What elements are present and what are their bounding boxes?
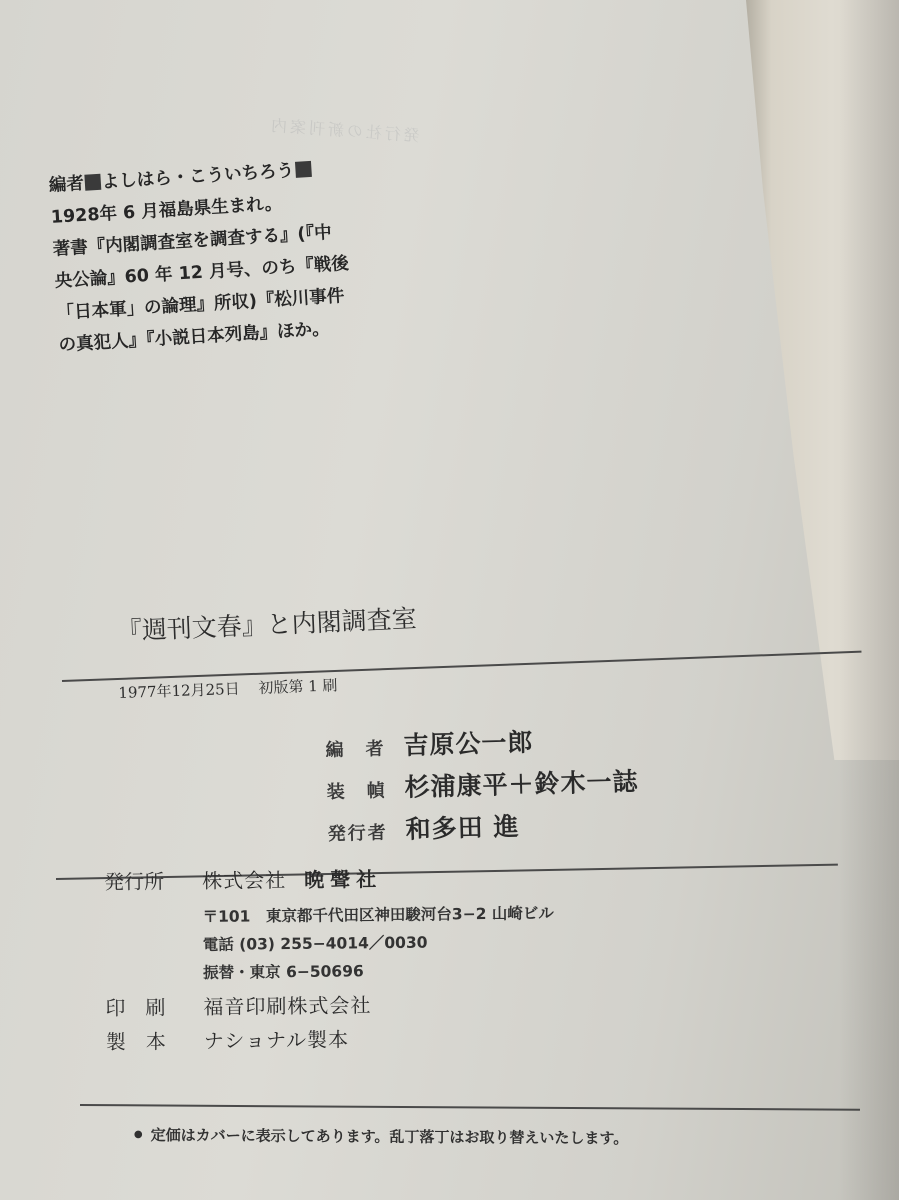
- credits-list: 編 者 吉原公一郎 装 幀 杉浦康平＋鈴木一誌 発行者 和多田 進: [325, 720, 640, 854]
- price-notice: ●定価はカバーに表示してあります。乱丁落丁はお取り替えいたします。: [134, 1124, 628, 1148]
- price-notice-text: 定価はカバーに表示してあります。乱丁落丁はお取り替えいたします。: [151, 1126, 629, 1147]
- credit-name: 和多田 進: [405, 807, 520, 846]
- page-shadow: [839, 0, 899, 1200]
- binder-name: ナショナル製本: [204, 1023, 349, 1054]
- credit-name: 杉浦康平＋鈴木一誌: [404, 762, 639, 804]
- publisher-block: 発行所 株式会社晩聲社 〒101 東京都千代田区神田駿河台3−2 山崎ビル 電話…: [104, 861, 555, 1060]
- credit-row-publisher-person: 発行者 和多田 進: [327, 804, 640, 854]
- square-bullet-icon: [294, 161, 311, 178]
- printer-name: 福音印刷株式会社: [203, 989, 371, 1020]
- edition-date: 1977年12月25日: [118, 680, 240, 702]
- binder-row: 製 本 ナショナル製本: [106, 1021, 556, 1060]
- square-bullet-icon: [84, 174, 101, 191]
- publisher-role: 発行所: [104, 865, 202, 895]
- publisher-company: 株式会社晩聲社: [202, 863, 382, 894]
- binder-role: 製 本: [106, 1025, 204, 1055]
- publisher-row: 発行所 株式会社晩聲社: [104, 861, 554, 904]
- bleed-through-text: 発行社の新刊案内: [267, 113, 420, 147]
- publisher-company-name: 晩聲社: [304, 867, 382, 892]
- publisher-company-prefix: 株式会社: [202, 868, 286, 893]
- book-title: 『週刊文春』と内閣調査室: [116, 599, 417, 648]
- credit-role: 装 幀: [326, 776, 405, 804]
- author-bio-role: 編者: [48, 174, 84, 196]
- printer-role: 印 刷: [105, 991, 203, 1021]
- colophon-page: 発行社の新刊案内 編者よしはら・こういちろう 1928年 6 月福島県生まれ。 …: [0, 0, 899, 1200]
- publisher-phone: 電話 (03) 255−4014／0030: [203, 927, 555, 959]
- divider-rule: [80, 1104, 860, 1111]
- printing-info: 印 刷 福音印刷株式会社 製 本 ナショナル製本: [105, 987, 555, 1060]
- author-bio: 編者よしはら・こういちろう 1928年 6 月福島県生まれ。 著書『内閣調査室を…: [48, 152, 354, 362]
- credit-name: 吉原公一郎: [403, 723, 534, 762]
- publisher-address: 〒101 東京都千代田区神田駿河台3−2 山崎ビル: [202, 899, 554, 931]
- divider-rule: [62, 651, 862, 682]
- credit-role: 編 者: [325, 734, 404, 762]
- publisher-transfer-account: 振替・東京 6−50696: [203, 955, 555, 987]
- credit-role: 発行者: [327, 818, 406, 846]
- bullet-icon: ●: [134, 1129, 143, 1140]
- edition-printing: 初版第 1 刷: [258, 676, 338, 697]
- printer-row: 印 刷 福音印刷株式会社: [105, 987, 555, 1026]
